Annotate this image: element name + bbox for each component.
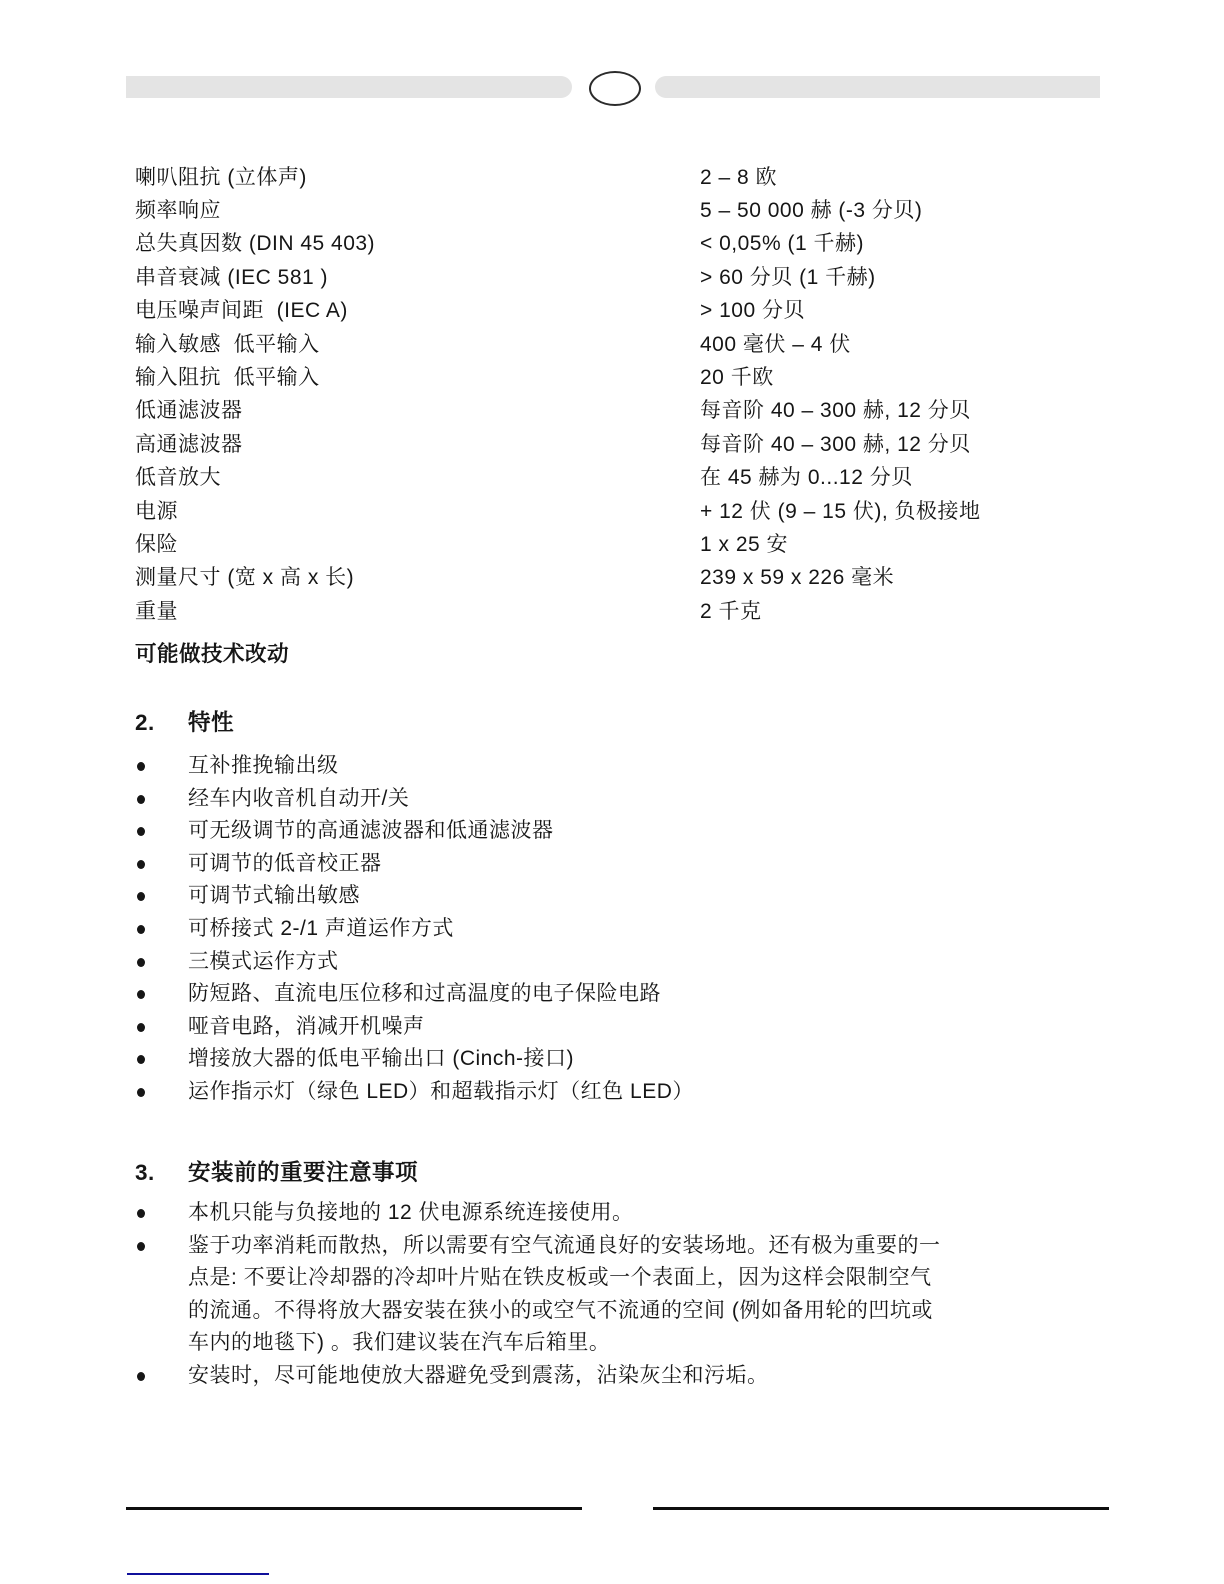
spec-label: 频率响应 <box>135 194 700 224</box>
spec-row: 频率响应5 – 50 000 赫 (-3 分贝) <box>135 192 1135 225</box>
spec-label: 电源 <box>135 495 700 525</box>
list-item: 可无级调节的高通滤波器和低通滤波器 <box>135 815 1095 848</box>
bullet-icon <box>137 892 145 901</box>
note-text: 鉴于功率消耗而散热，所以需要有空气流通良好的安装场地。还有极为重要的一 点是: … <box>188 1234 941 1355</box>
spec-row: 电源+ 12 伏 (9 – 15 伏), 负极接地 <box>135 493 1135 526</box>
bullet-icon <box>137 1372 145 1381</box>
spec-value: 每音阶 40 – 300 赫, 12 分贝 <box>700 394 971 424</box>
spec-label: 保险 <box>135 528 700 558</box>
spec-value: 在 45 赫为 0...12 分贝 <box>700 461 913 491</box>
header-rule-right <box>655 76 1100 98</box>
spec-label: 低音放大 <box>135 461 700 491</box>
spec-label: 电压噪声间距 (IEC A) <box>135 294 700 324</box>
spec-label: 串音衰减 (IEC 581 ) <box>135 261 700 291</box>
feature-text: 可调节的低音校正器 <box>188 852 382 875</box>
bullet-icon <box>137 1088 145 1097</box>
spec-label: 喇叭阻抗 (立体声) <box>135 161 700 191</box>
spec-label: 输入阻抗 低平输入 <box>135 361 700 391</box>
spec-label: 低通滤波器 <box>135 394 700 424</box>
spec-value: 2 千克 <box>700 595 762 625</box>
list-item: 运作指示灯（绿色 LED）和超载指示灯（红色 LED） <box>135 1076 1095 1109</box>
footer-rule-right <box>653 1507 1109 1510</box>
spec-label: 重量 <box>135 595 700 625</box>
spec-row: 电压噪声间距 (IEC A)> 100 分贝 <box>135 293 1135 326</box>
spec-row: 喇叭阻抗 (立体声)2 – 8 欧 <box>135 159 1135 192</box>
list-item: 可调节式输出敏感 <box>135 880 1095 913</box>
spec-row: 高通滤波器每音阶 40 – 300 赫, 12 分贝 <box>135 426 1135 459</box>
feature-text: 增接放大器的低电平输出口 (Cinch-接口) <box>188 1047 574 1070</box>
spec-value: > 100 分贝 <box>700 294 805 324</box>
spec-value: 5 – 50 000 赫 (-3 分贝) <box>700 194 922 224</box>
bullet-icon <box>137 762 145 771</box>
spec-row: 输入阻抗 低平输入20 千欧 <box>135 359 1135 392</box>
spec-row: 保险1 x 25 安 <box>135 526 1135 559</box>
note-text: 本机只能与负接地的 12 伏电源系统连接使用。 <box>188 1201 634 1224</box>
installation-notes-list: 本机只能与负接地的 12 伏电源系统连接使用。 鉴于功率消耗而散热，所以需要有空… <box>135 1197 1095 1393</box>
feature-text: 可桥接式 2-/1 声道运作方式 <box>188 917 454 940</box>
spec-value: 每音阶 40 – 300 赫, 12 分贝 <box>700 428 971 458</box>
list-item: 防短路、直流电压位移和过高温度的电子保险电路 <box>135 978 1095 1011</box>
list-item: 哑音电路，消减开机噪声 <box>135 1011 1095 1044</box>
list-item: 互补推挽输出级 <box>135 750 1095 783</box>
spec-value: < 0,05% (1 千赫) <box>700 227 864 257</box>
list-item: 本机只能与负接地的 12 伏电源系统连接使用。 <box>135 1197 1095 1230</box>
header-rule-left <box>126 76 572 98</box>
bullet-icon <box>137 1242 145 1251</box>
spec-row: 串音衰减 (IEC 581 )> 60 分贝 (1 千赫) <box>135 259 1135 292</box>
features-list: 互补推挽输出级 经车内收音机自动开/关 可无级调节的高通滤波器和低通滤波器 可调… <box>135 750 1095 1109</box>
spec-label: 输入敏感 低平输入 <box>135 328 700 358</box>
footer-blue-rule <box>127 1573 269 1575</box>
section3-number: 3. <box>135 1156 188 1190</box>
bullet-icon <box>137 958 145 967</box>
bullet-icon <box>137 860 145 869</box>
spec-row: 低通滤波器每音阶 40 – 300 赫, 12 分贝 <box>135 393 1135 426</box>
document-page: 喇叭阻抗 (立体声)2 – 8 欧 频率响应5 – 50 000 赫 (-3 分… <box>0 0 1224 1584</box>
list-item: 鉴于功率消耗而散热，所以需要有空气流通良好的安装场地。还有极为重要的一 点是: … <box>135 1230 1095 1360</box>
spec-row: 低音放大在 45 赫为 0...12 分贝 <box>135 460 1135 493</box>
list-item: 安装时，尽可能地使放大器避免受到震荡，沾染灰尘和污垢。 <box>135 1360 1095 1393</box>
spec-label: 高通滤波器 <box>135 428 700 458</box>
feature-text: 防短路、直流电压位移和过高温度的电子保险电路 <box>188 982 661 1005</box>
spec-value: > 60 分贝 (1 千赫) <box>700 261 876 291</box>
ellipse-logo-icon <box>589 71 641 106</box>
spec-value: + 12 伏 (9 – 15 伏), 负极接地 <box>700 495 981 525</box>
spec-value: 400 毫伏 – 4 伏 <box>700 328 851 358</box>
spec-value: 2 – 8 欧 <box>700 161 777 191</box>
spec-table: 喇叭阻抗 (立体声)2 – 8 欧 频率响应5 – 50 000 赫 (-3 分… <box>135 159 1135 626</box>
section2-number: 2. <box>135 706 188 740</box>
section2-heading: 2. 特性 <box>135 706 234 740</box>
bullet-icon <box>137 795 145 804</box>
spec-row: 总失真因数 (DIN 45 403)< 0,05% (1 千赫) <box>135 226 1135 259</box>
list-item: 增接放大器的低电平输出口 (Cinch-接口) <box>135 1043 1095 1076</box>
spec-value: 20 千欧 <box>700 361 774 391</box>
bullet-icon <box>137 925 145 934</box>
feature-text: 运作指示灯（绿色 LED）和超载指示灯（红色 LED） <box>188 1080 694 1103</box>
feature-text: 三模式运作方式 <box>188 950 339 973</box>
feature-text: 哑音电路，消减开机噪声 <box>188 1015 425 1038</box>
feature-text: 经车内收音机自动开/关 <box>188 787 409 810</box>
section3-heading: 3. 安装前的重要注意事项 <box>135 1156 418 1190</box>
spec-label: 测量尺寸 (宽 x 高 x 长) <box>135 561 700 591</box>
spec-row: 测量尺寸 (宽 x 高 x 长)239 x 59 x 226 毫米 <box>135 560 1135 593</box>
spec-label: 总失真因数 (DIN 45 403) <box>135 227 700 257</box>
bullet-icon <box>137 827 145 836</box>
bullet-icon <box>137 990 145 999</box>
feature-text: 互补推挽输出级 <box>188 754 339 777</box>
technical-changes-note: 可能做技术改动 <box>135 637 289 668</box>
list-item: 可桥接式 2-/1 声道运作方式 <box>135 913 1095 946</box>
section2-title: 特性 <box>188 706 234 740</box>
section3-title: 安装前的重要注意事项 <box>188 1156 418 1190</box>
spec-value: 1 x 25 安 <box>700 528 788 558</box>
bullet-icon <box>137 1055 145 1064</box>
bullet-icon <box>137 1023 145 1032</box>
list-item: 经车内收音机自动开/关 <box>135 783 1095 816</box>
list-item: 可调节的低音校正器 <box>135 848 1095 881</box>
list-item: 三模式运作方式 <box>135 946 1095 979</box>
note-text: 安装时，尽可能地使放大器避免受到震荡，沾染灰尘和污垢。 <box>188 1364 769 1387</box>
feature-text: 可无级调节的高通滤波器和低通滤波器 <box>188 819 554 842</box>
footer-rule-left <box>126 1507 582 1510</box>
spec-value: 239 x 59 x 226 毫米 <box>700 561 894 591</box>
feature-text: 可调节式输出敏感 <box>188 884 360 907</box>
bullet-icon <box>137 1209 145 1218</box>
spec-row: 重量2 千克 <box>135 593 1135 626</box>
spec-row: 输入敏感 低平输入400 毫伏 – 4 伏 <box>135 326 1135 359</box>
